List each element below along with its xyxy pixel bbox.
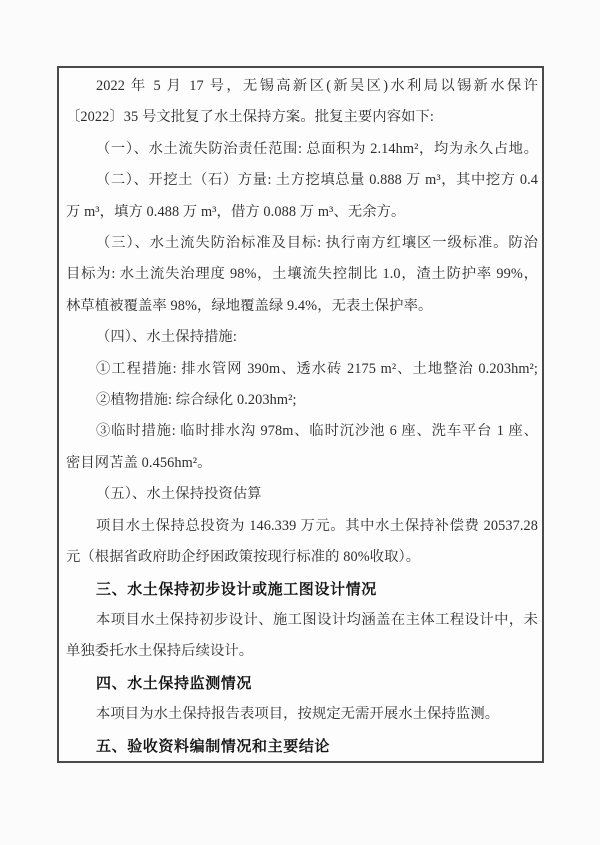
text-line: 万 m³，填方 0.488 万 m³，借方 0.088 万 m³、无余方。 (66, 197, 538, 228)
text-line: （二）、开挖土（石）方量: 土方挖填总量 0.888 万 m³，其中挖方 0.4 (66, 165, 538, 196)
text-line: 〔2022〕35 号文批复了水土保持方案。批复主要内容如下: (66, 102, 538, 133)
document-frame: 2022 年 5 月 17 号，无锡高新区(新吴区)水利局以锡新水保许 〔202… (57, 66, 544, 763)
text-line: （三）、水土流失防治标准及目标: 执行南方红壤区一级标准。防治 (66, 228, 538, 259)
text-line: 单独委托水土保持后续设计。 (66, 636, 538, 667)
text-line: 本项目水土保持初步设计、施工图设计均涵盖在主体工程设计中，未 (66, 605, 538, 636)
text-line: （一）、水土流失防治责任范围: 总面积为 2.14hm²，均为永久占地。 (66, 134, 538, 165)
text-line: （四）、水土保持措施: (66, 322, 538, 353)
text-line: 元（根据省政府助企纾困政策按现行标准的 80%收取）。 (66, 542, 538, 573)
page: { "page": { "background": "#fbfbfb", "fr… (0, 0, 600, 845)
section-heading: 四、水土保持监测情况 (66, 668, 538, 699)
text-line: ①工程措施: 排水管网 390m、透水砖 2175 m²、土地整治 0.203h… (66, 354, 538, 385)
text-line: （五）、水土保持投资估算 (66, 479, 538, 510)
text-line: 项目水土保持总投资为 146.339 万元。其中水土保持补偿费 20537.28 (66, 511, 538, 542)
text-line: ②植物措施: 综合绿化 0.203hm²; (66, 385, 538, 416)
text-line: 密目网苫盖 0.456hm²。 (66, 448, 538, 479)
text-line: ③临时措施: 临时排水沟 978m、临时沉沙池 6 座、洗车平台 1 座、 (66, 416, 538, 447)
section-heading: 五、验收资料编制情况和主要结论 (66, 731, 538, 762)
text-line: 本项目为水土保持报告表项目，按规定无需开展水土保持监测。 (66, 699, 538, 730)
text-line: 目标为: 水土流失治理度 98%，土壤流失控制比 1.0，渣土防护率 99%， (66, 259, 538, 290)
section-heading: 三、水土保持初步设计或施工图设计情况 (66, 574, 538, 605)
text-line: 2022 年 5 月 17 号，无锡高新区(新吴区)水利局以锡新水保许 (66, 71, 538, 102)
text-line: 林草植被覆盖率 98%，绿地覆盖绿 9.4%，无表土保护率。 (66, 291, 538, 322)
